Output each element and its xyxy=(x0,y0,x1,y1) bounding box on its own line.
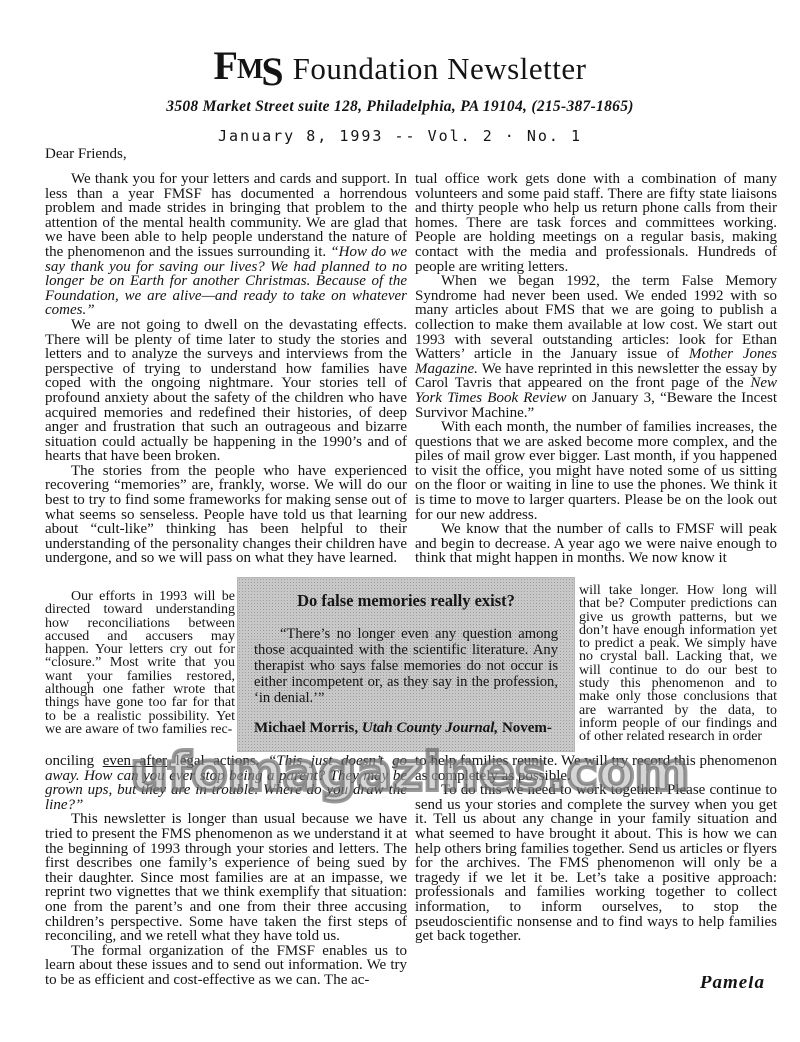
address-line: 3508 Market Street suite 128, Philadelph… xyxy=(0,98,800,116)
date-volume-line: January 8, 1993 -- Vol. 2 · No. 1 xyxy=(0,127,800,145)
logo-letter-s: S xyxy=(261,49,282,94)
left-column-text-bottom: onciling even after legal actions. “This… xyxy=(45,754,407,1016)
left-column-text-beside-box: Our efforts in 1993 will be directed tow… xyxy=(45,590,235,736)
right-column-text-beside-box: will take longer. How long will that be?… xyxy=(579,584,777,744)
logo-letter-m: M xyxy=(237,54,263,85)
salutation: Dear Friends, xyxy=(45,146,127,163)
logo-letter-f: F xyxy=(214,43,237,88)
newsletter-title-text: Foundation Newsletter xyxy=(285,51,587,86)
pull-quote-box: Do false memories really exist? “There’s… xyxy=(237,577,575,752)
pull-quote-attribution: Michael Morris, Utah County Journal, Nov… xyxy=(254,721,558,736)
left-column-text-top: We thank you for your letters and cards … xyxy=(45,172,407,566)
newsletter-title: FMSFoundation Newsletter xyxy=(0,42,800,89)
right-column-text-bottom: to help families reunite. We will try re… xyxy=(415,754,777,976)
right-column-text-top: tual office work gets done with a combin… xyxy=(415,172,777,566)
newsletter-page: FMSFoundation Newsletter 3508 Market Str… xyxy=(0,0,800,1042)
pull-quote-title: Do false memories really exist? xyxy=(254,591,558,611)
pull-quote-text: “There’s no longer even any question amo… xyxy=(254,626,558,706)
